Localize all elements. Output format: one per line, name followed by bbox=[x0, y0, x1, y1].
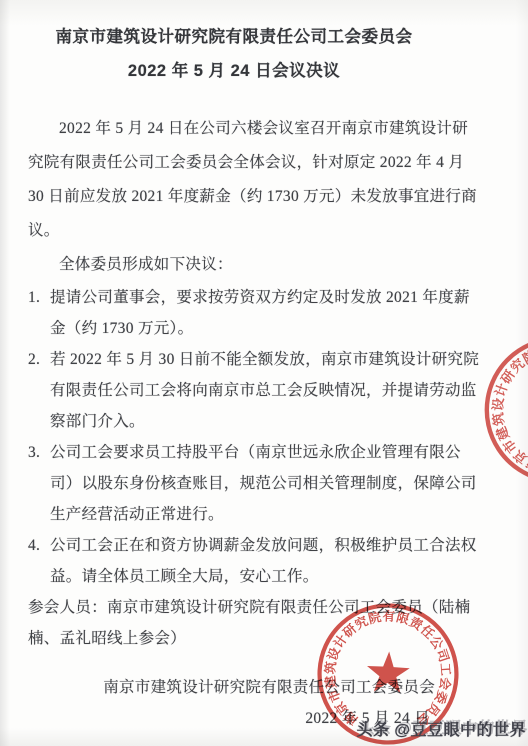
resolution-number: 1. bbox=[28, 282, 40, 313]
resolution-text: 公司工会正在和资方协调薪金发放问题，积极维护员工合法权益。请全体员工顾全大局，安… bbox=[50, 537, 477, 585]
resolution-item-3: 3. 公司工会要求员工持股平台（南京世远永欣企业管理有限公司）以股东身份核查账目… bbox=[28, 437, 480, 530]
resolution-item-1: 1. 提请公司董事会，要求按劳资双方约定及时发放 2021 年度薪金（约 173… bbox=[28, 282, 480, 344]
resolution-text: 若 2022 年 5 月 30 日前不能全额发放，南京市建筑设计研究院有限责任公… bbox=[50, 351, 479, 430]
toutiao-watermark: 头条 @豆豆眼中的世界 bbox=[356, 717, 526, 740]
document-title-date: 2022 年 5 月 24 日会议决议 bbox=[8, 54, 460, 88]
resolution-item-2: 2. 若 2022 年 5 月 30 日前不能全额发放，南京市建筑设计研究院有限… bbox=[28, 344, 480, 437]
resolution-item-4: 4. 公司工会正在和资方协调薪金发放问题，积极维护员工合法权益。请全体员工顾全大… bbox=[28, 530, 480, 592]
resolution-text: 公司工会要求员工持股平台（南京世远永欣企业管理有限公司）以股东身份核查账目，规范… bbox=[50, 444, 477, 523]
resolution-number: 2. bbox=[28, 344, 40, 375]
resolution-lead: 全体委员形成如下决议： bbox=[28, 248, 480, 282]
document-title-org: 南京市建筑设计研究院有限责任公司工会委员会 bbox=[8, 20, 460, 54]
meeting-resolution-document: 南京市建筑设计研究院有限责任公司工会委员会 2022 年 5 月 24 日会议决… bbox=[0, 0, 528, 734]
participants-line: 参会人员：南京市建筑设计研究院有限责任公司工会委员（陆楠楠、孟礼昭线上参会） bbox=[28, 592, 480, 654]
intro-paragraph: 2022 年 5 月 24 日在公司六楼会议室召开南京市建筑设计研究院有限责任公… bbox=[28, 112, 480, 248]
signature-organization: 南京市建筑设计研究院有限责任公司工会委员会 bbox=[28, 672, 480, 703]
resolution-text: 提请公司董事会，要求按劳资双方约定及时发放 2021 年度薪金（约 1730 万… bbox=[50, 289, 470, 337]
resolution-number: 4. bbox=[28, 530, 40, 561]
resolution-number: 3. bbox=[28, 437, 40, 468]
